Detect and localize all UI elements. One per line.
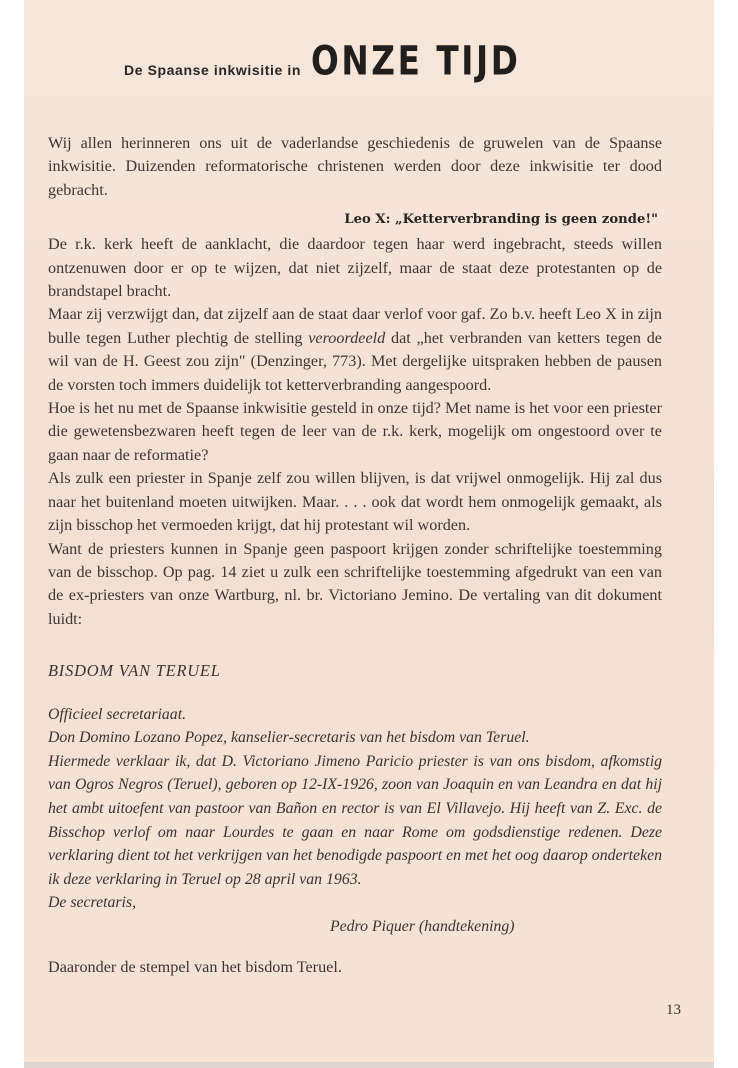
paragraph-text: Hoe is het nu met de Spaanse inkwisitie … — [48, 399, 662, 464]
document-line: Officieel secretariaat. — [48, 703, 662, 727]
document-title: BISDOM VAN TERUEL — [48, 659, 662, 682]
paragraph: Als zulk een priester in Spanje zelf zou… — [48, 467, 662, 537]
translated-document: BISDOM VAN TERUEL Officieel secretariaat… — [48, 659, 662, 938]
book-page: De Spaanse inkwisitie in ONZE TIJD Wij a… — [24, 0, 714, 1068]
paragraph: Want de priesters kunnen in Spanje geen … — [48, 538, 662, 632]
document-line: Hiermede verklaar ik, dat D. Victoriano … — [48, 750, 662, 892]
paragraph-text: Als zulk een priester in Spanje zelf zou… — [48, 469, 662, 534]
header-subtitle: De Spaanse inkwisitie in — [124, 62, 301, 78]
page-number: 13 — [666, 1002, 681, 1019]
document-signature: Pedro Piquer (handtekening) — [48, 915, 662, 939]
paragraph: Hoe is het nu met de Spaanse inkwisitie … — [48, 397, 662, 467]
paragraph: De r.k. kerk heeft de aanklacht, die daa… — [48, 233, 662, 303]
intro-paragraph: Wij allen herinneren ons uit de vaderlan… — [48, 132, 662, 202]
document-line: Don Domino Lozano Popez, kanselier-secre… — [48, 726, 662, 750]
paragraph-text: De r.k. kerk heeft de aanklacht, die daa… — [48, 235, 662, 300]
paragraph-text: Want de priesters kunnen in Spanje geen … — [48, 540, 662, 628]
article-body: Wij allen herinneren ons uit de vaderlan… — [48, 132, 662, 980]
header-title: ONZE TIJD — [311, 38, 520, 84]
emphasis-text: veroordeeld — [308, 329, 385, 347]
closing-paragraph: Daaronder de stempel van het bisdom Teru… — [48, 956, 662, 979]
document-line: De secretaris, — [48, 891, 662, 915]
section-subheading: Leo X: „Ketterverbranding is geen zonde!… — [48, 210, 662, 230]
paragraph: Maar zij verzwijgt dan, dat zijzelf aan … — [48, 303, 662, 397]
article-header: De Spaanse inkwisitie in ONZE TIJD — [124, 40, 624, 84]
